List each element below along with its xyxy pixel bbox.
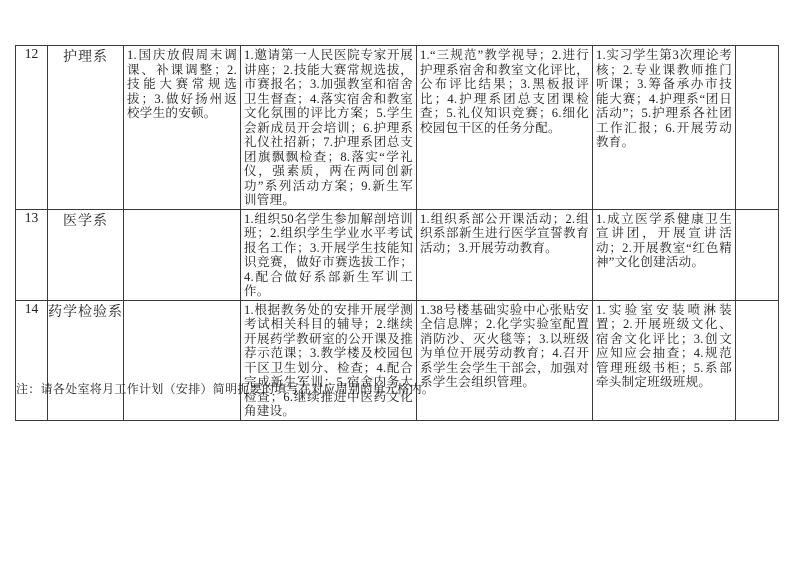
week-plan-cell <box>736 209 779 300</box>
week-plan-cell: 1.组织50名学生参加解剖培训班；2.组织学生学业水平考试报名工作；3.开展学生… <box>241 209 417 300</box>
week-plan-cell <box>736 300 779 420</box>
week-plan-cell: 1.国庆放假周末调课、补课调整；2.技能大赛常规选拔；3.做好扬州返校学生的安顿… <box>124 46 241 210</box>
department-cell: 护理系 <box>48 46 124 210</box>
week-plan-cell: 1.38号楼基础实验中心张贴安全信息牌；2.化学实验室配置消防沙、灭火毯等；3.… <box>417 300 593 420</box>
week-plan-cell: 1.成立医学系健康卫生宣讲团，开展宣讲活动；2.开展教室“红色精神”文化创建活动… <box>593 209 736 300</box>
week-plan-cell: 1.组织系部公开课活动；2.组织系部新生进行医学宣誓教育活动；3.开展劳动教育。 <box>417 209 593 300</box>
table-row: 13 医学系 1.组织50名学生参加解剖培训班；2.组织学生学业水平考试报名工作… <box>16 209 779 300</box>
table-row: 12 护理系 1.国庆放假周末调课、补课调整；2.技能大赛常规选拔；3.做好扬州… <box>16 46 779 210</box>
row-number-cell: 13 <box>16 209 48 300</box>
week-plan-cell: 1.根据教务处的安排开展学测考试相关科目的辅导；2.继续开展药学教研室的公开课及… <box>241 300 417 420</box>
table-row: 14 药学检验系 1.根据教务处的安排开展学测考试相关科目的辅导；2.继续开展药… <box>16 300 779 420</box>
row-number-cell: 12 <box>16 46 48 210</box>
week-plan-cell: 1.实验室安装喷淋装置；2.开展班级文化、宿舍文化评比；3.创文应知应会抽查；4… <box>593 300 736 420</box>
footnote-text: 注：请各处室将月工作计划（安排）简明扼要的填写在对应周别的单元格内。 <box>16 380 434 397</box>
department-cell: 医学系 <box>48 209 124 300</box>
row-number-cell: 14 <box>16 300 48 420</box>
week-plan-cell <box>736 46 779 210</box>
department-cell: 药学检验系 <box>48 300 124 420</box>
document-page: 12 护理系 1.国庆放假周末调课、补课调整；2.技能大赛常规选拔；3.做好扬州… <box>0 0 799 566</box>
week-plan-cell: 1.实习学生第3次理论考核；2.专业课教师推门听课；3.筹备承办市技能大赛；4.… <box>593 46 736 210</box>
week-plan-cell: 1.邀请第一人民医院专家开展讲座；2.技能大赛常规选拔，市赛报名；3.加强教室和… <box>241 46 417 210</box>
work-plan-table: 12 护理系 1.国庆放假周末调课、补课调整；2.技能大赛常规选拔；3.做好扬州… <box>15 45 779 421</box>
week-plan-cell <box>124 300 241 420</box>
week-plan-cell: 1.“三规范”教学视导；2.进行护理系宿舍和教室文化评比，公布评比结果；3.黑板… <box>417 46 593 210</box>
work-plan-table-container: 12 护理系 1.国庆放假周末调课、补课调整；2.技能大赛常规选拔；3.做好扬州… <box>15 45 779 421</box>
week-plan-cell <box>124 209 241 300</box>
